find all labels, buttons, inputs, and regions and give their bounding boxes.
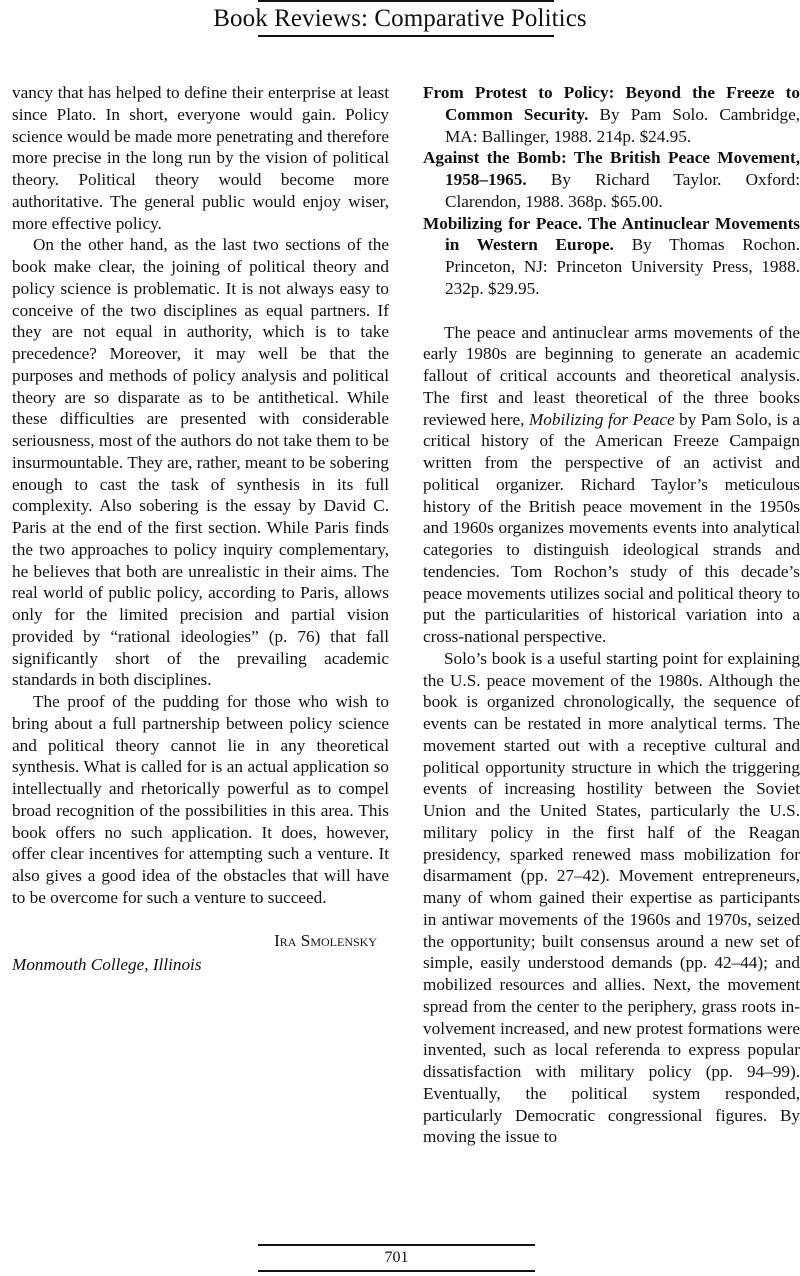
- book-citation: Against the Bomb: The British Peace Move…: [423, 147, 800, 212]
- footer-rule-bottom: [258, 1270, 535, 1272]
- body-paragraph: The proof of the pudding for those who w…: [12, 691, 389, 909]
- paragraph-text: by Pam Solo, is a critical history of th…: [423, 410, 800, 647]
- footer-rule-top: [258, 1244, 535, 1246]
- left-column: vancy that has helped to define their en…: [12, 82, 389, 976]
- book-citations: From Protest to Policy: Beyond the Freez…: [423, 82, 800, 300]
- body-paragraph: The peace and antinuclear arms movements…: [423, 322, 800, 648]
- page-number: 701: [258, 1248, 535, 1268]
- reviewer-name: Ira Smolensky: [12, 930, 389, 952]
- book-citation: Mobilizing for Peace. The Antinuclear Mo…: [423, 213, 800, 300]
- body-paragraph: Solo’s book is a useful starting point f…: [423, 648, 800, 1148]
- body-paragraph: On the other hand, as the last two secti…: [12, 234, 389, 691]
- book-title-italic: Mobilizing for Peace: [529, 410, 675, 429]
- book-citation: From Protest to Policy: Beyond the Freez…: [423, 82, 800, 147]
- right-column: From Protest to Policy: Beyond the Freez…: [423, 82, 800, 1148]
- header-rule-bottom: [258, 35, 554, 37]
- body-paragraph: vancy that has helped to define their en…: [12, 82, 389, 234]
- section-title: Book Reviews: Comparative Politics: [0, 4, 800, 34]
- reviewer-affiliation: Monmouth College, Illinois: [12, 954, 389, 976]
- header-rule-top: [258, 0, 554, 2]
